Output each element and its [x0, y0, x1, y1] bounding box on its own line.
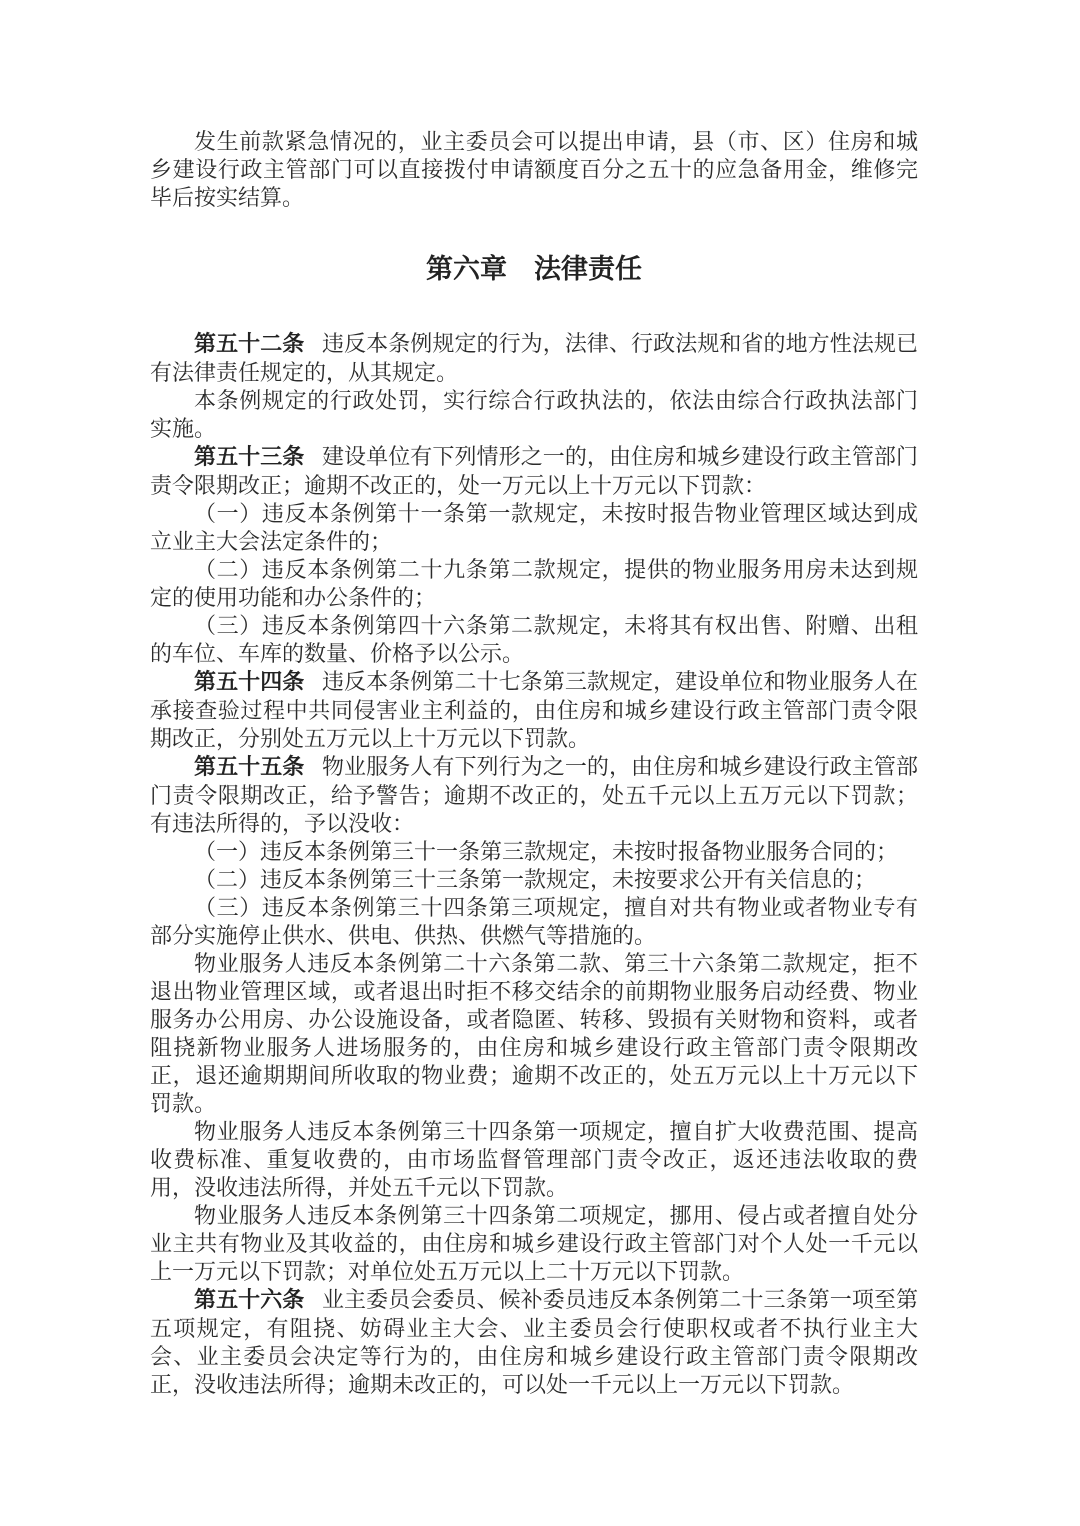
- article-53-item-3: （三）违反本条例第四十六条第二款规定，未将其有权出售、附赠、出租的车位、车库的数…: [150, 612, 918, 668]
- article-53-item-1: （一）违反本条例第十一条第一款规定，未按时报告物业管理区域达到成立业主大会法定条…: [150, 500, 918, 556]
- document-page: 发生前款紧急情况的，业主委员会可以提出申请，县（市、区）住房和城乡建设行政主管部…: [0, 0, 1080, 1526]
- article-55-paragraph-4: 物业服务人违反本条例第三十四条第二项规定，挪用、侵占或者擅自处分业主共有物业及其…: [150, 1202, 918, 1286]
- article-55-item-3: （三）违反本条例第三十四条第三项规定，擅自对共有物业或者物业专有部分实施停止供水…: [150, 894, 918, 950]
- article-55-item-1: （一）违反本条例第三十一条第三款规定，未按时报备物业服务合同的；: [150, 838, 918, 866]
- chapter-title: 法律责任: [534, 254, 642, 285]
- article-52-paragraph-1: 第五十二条违反本条例规定的行为，法律、行政法规和省的地方性法规已有法律责任规定的…: [150, 330, 918, 387]
- document-content: 发生前款紧急情况的，业主委员会可以提出申请，县（市、区）住房和城乡建设行政主管部…: [150, 128, 918, 1399]
- article-55-label: 第五十五条: [194, 755, 304, 780]
- intro-paragraph: 发生前款紧急情况的，业主委员会可以提出申请，县（市、区）住房和城乡建设行政主管部…: [150, 128, 918, 212]
- article-56-paragraph-1: 第五十六条业主委员会委员、候补委员违反本条例第二十三条第一项至第五项规定，有阻挠…: [150, 1286, 918, 1399]
- article-52-paragraph-2: 本条例规定的行政处罚，实行综合行政执法的，依法由综合行政执法部门实施。: [150, 387, 918, 443]
- article-52-label: 第五十二条: [194, 332, 304, 357]
- article-53-paragraph-1: 第五十三条建设单位有下列情形之一的，由住房和城乡建设行政主管部门责令限期改正；逾…: [150, 443, 918, 500]
- article-55-item-2: （二）违反本条例第三十三条第一款规定，未按要求公开有关信息的；: [150, 866, 918, 894]
- article-54-label: 第五十四条: [194, 670, 304, 695]
- article-55-paragraph-2: 物业服务人违反本条例第二十六条第二款、第三十六条第二款规定，拒不退出物业管理区域…: [150, 950, 918, 1118]
- article-55-paragraph-3: 物业服务人违反本条例第三十四条第一项规定，擅自扩大收费范围、提高收费标准、重复收…: [150, 1118, 918, 1202]
- article-55-paragraph-1: 第五十五条物业服务人有下列行为之一的，由住房和城乡建设行政主管部门责令限期改正，…: [150, 753, 918, 838]
- chapter-number: 第六章: [426, 254, 507, 285]
- article-53-item-2: （二）违反本条例第二十九条第二款规定，提供的物业服务用房未达到规定的使用功能和办…: [150, 556, 918, 612]
- article-56-label: 第五十六条: [194, 1288, 304, 1313]
- article-54-paragraph-1: 第五十四条违反本条例第二十七条第三款规定，建设单位和物业服务人在承接查验过程中共…: [150, 668, 918, 753]
- article-53-label: 第五十三条: [194, 445, 304, 470]
- chapter-heading: 第六章法律责任: [150, 252, 918, 288]
